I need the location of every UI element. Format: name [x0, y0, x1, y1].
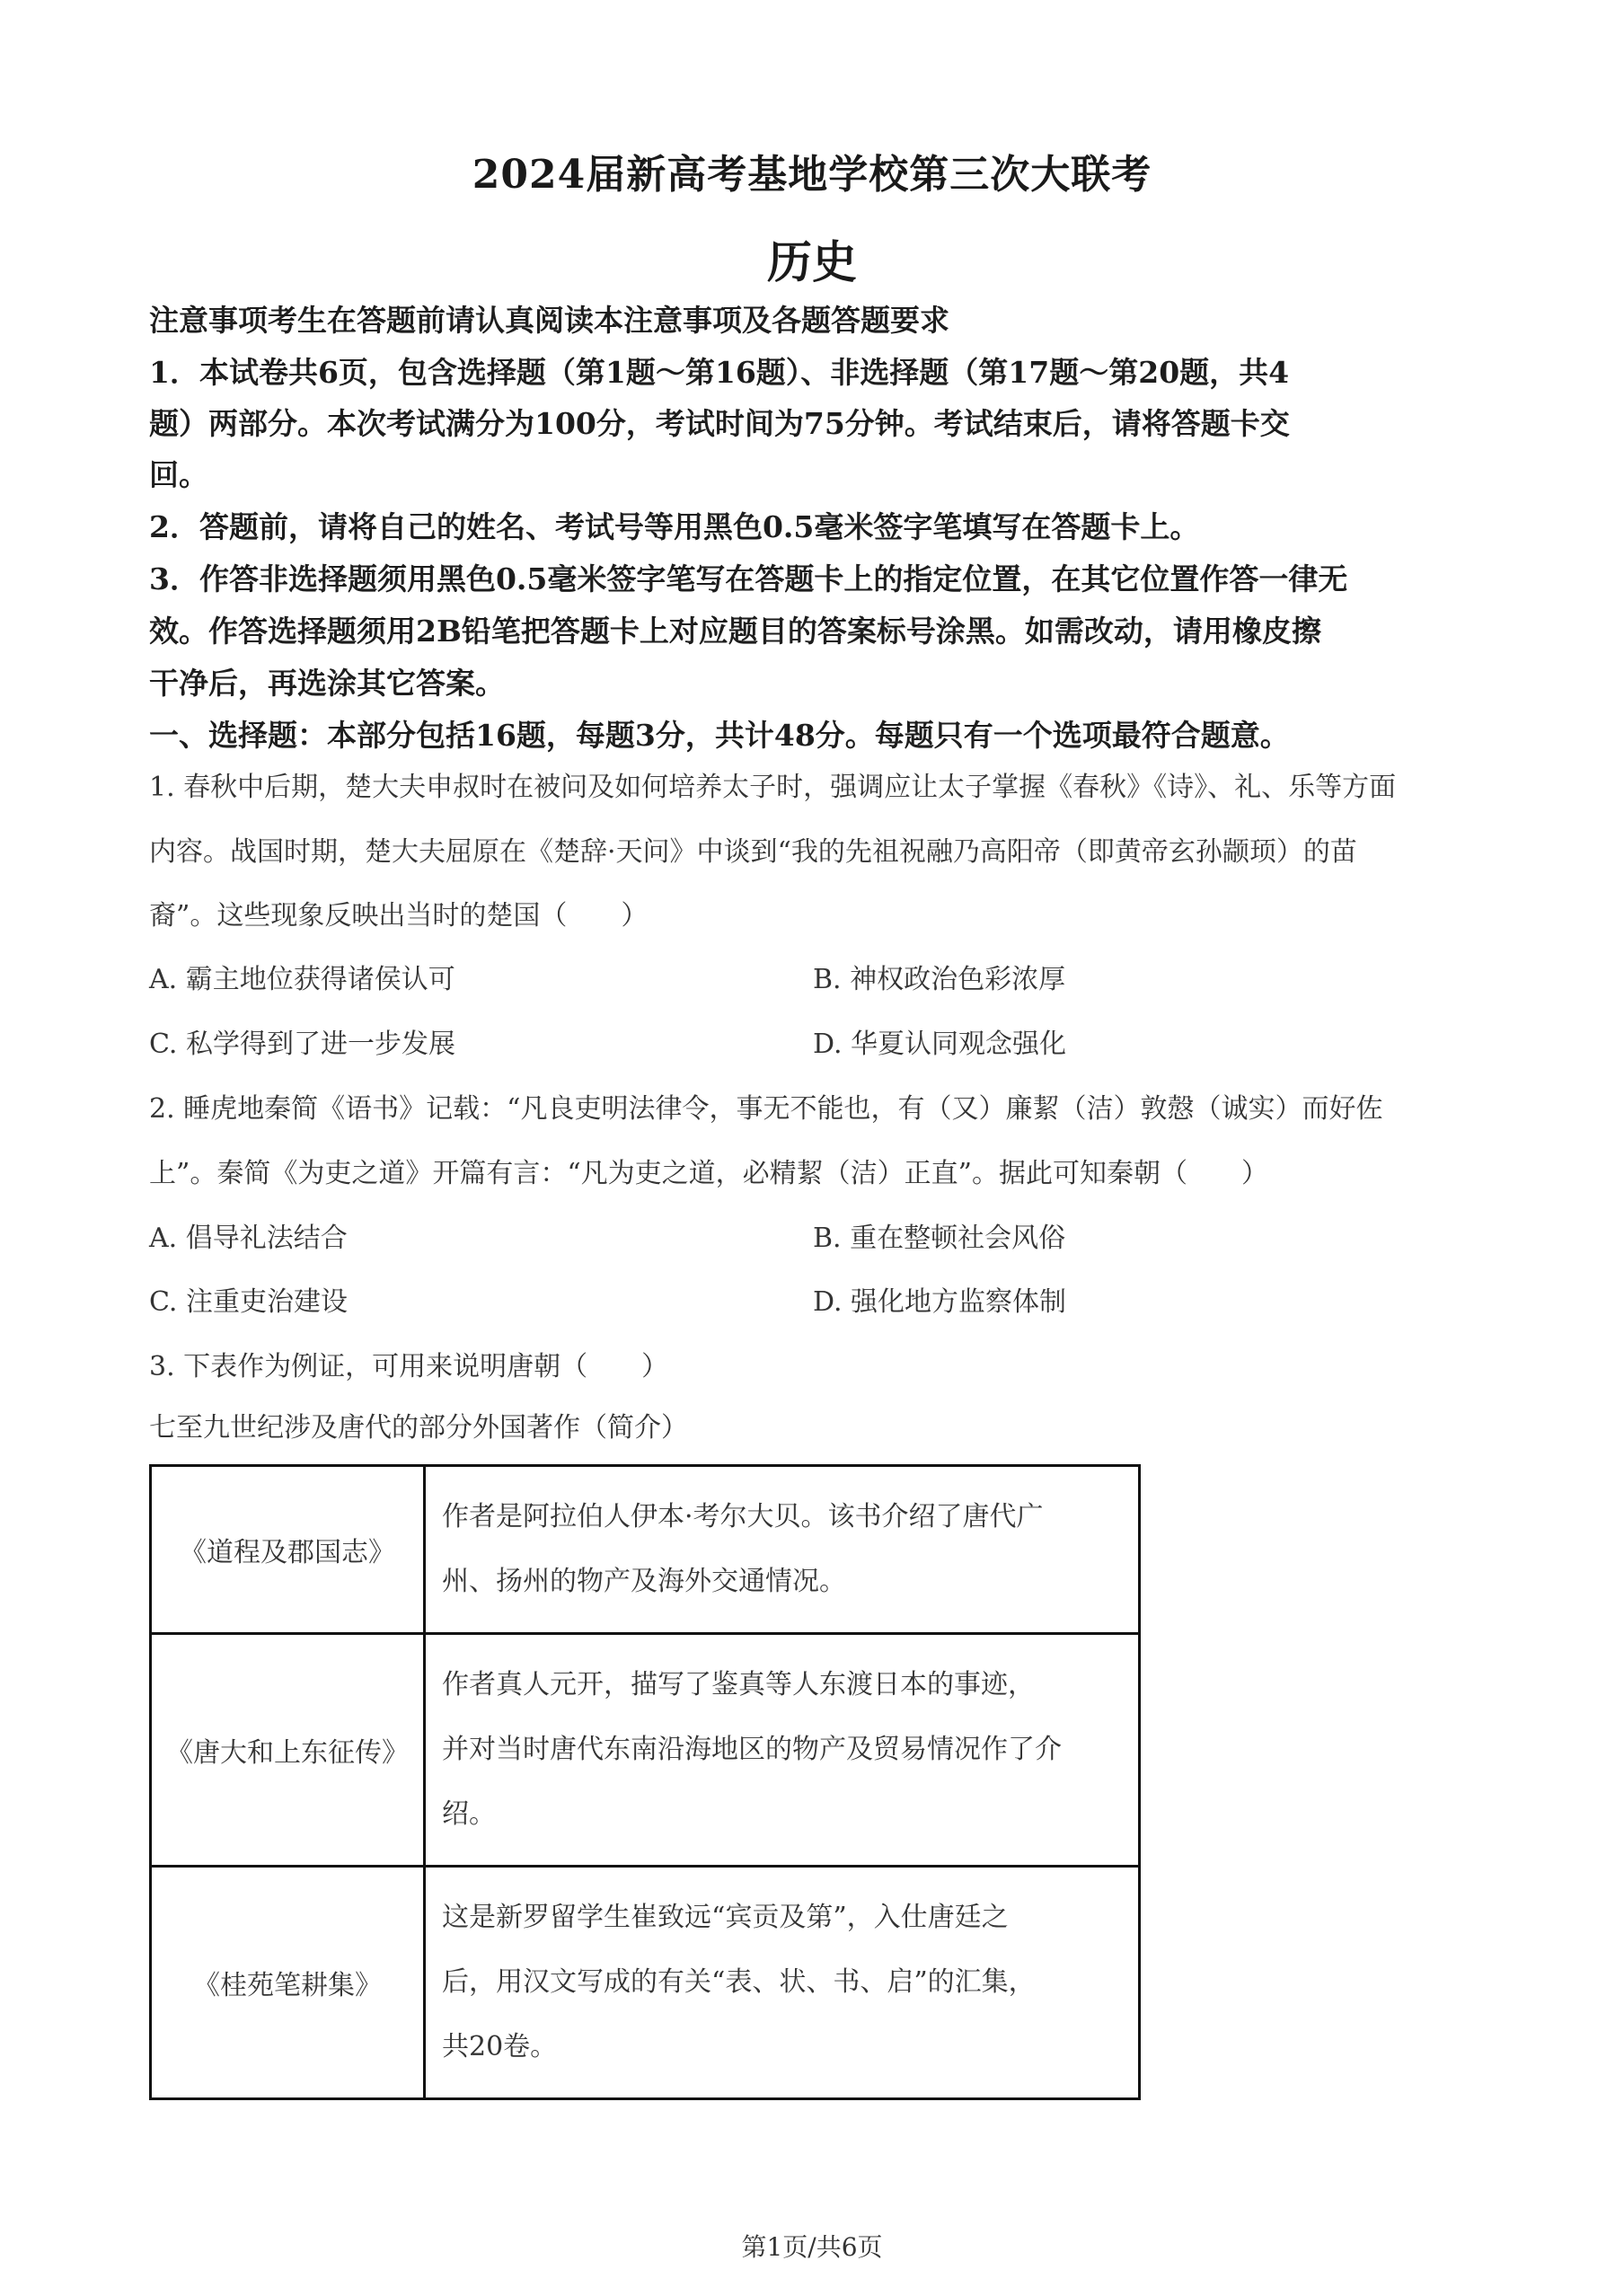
- description-line: 州、扬州的物产及海外交通情况。: [442, 1550, 1122, 1614]
- work-name: 《唐大和上东征传》: [151, 1634, 425, 1867]
- description-line: 作者是阿拉伯人伊本·考尔大贝。该书介绍了唐代广: [442, 1485, 1122, 1550]
- notice-line: 题）两部分。本次考试满分为100分，考试时间为75分钟。考试结束后，请将答题卡交: [149, 409, 1290, 438]
- question-1-stem: 1. 春秋中后期，楚大夫申叔时在被问及如何培养太子时，强调应让太子掌握《春秋》《…: [149, 774, 1396, 801]
- question-2-option-d: D. 强化地方监察体制: [813, 1289, 1066, 1316]
- description-line: 这是新罗留学生崔致远“宾贡及第”，入仕唐廷之: [442, 1885, 1122, 1950]
- work-name: 《桂苑笔耕集》: [151, 1867, 425, 2099]
- notice-line: 3．作答非选择题须用黑色0.5毫米签字笔写在答题卡上的指定位置，在其它位置作答一…: [149, 564, 1347, 594]
- table-row: 《唐大和上东征传》 作者真人元开，描写了鉴真等人东渡日本的事迹， 并对当时唐代东…: [151, 1634, 1140, 1867]
- question-1-option-d: D. 华夏认同观念强化: [813, 1031, 1066, 1058]
- question-2-option-a: A. 倡导礼法结合: [149, 1225, 348, 1252]
- notice-line: 效。作答选择题须用2B铅笔把答题卡上对应题目的答案标号涂黑。如需改动，请用橡皮擦: [149, 616, 1321, 646]
- question-1-stem: 裔”。这些现象反映出当时的楚国（ ）: [149, 903, 648, 930]
- exam-page: 2024届新高考基地学校第三次大联考 历史 注意事项考生在答题前请认真阅读本注意…: [0, 0, 1624, 2296]
- question-3-stem: 3. 下表作为例证，可用来说明唐朝（ ）: [149, 1354, 668, 1381]
- description-line: 并对当时唐代东南沿海地区的物产及贸易情况作了介: [442, 1718, 1122, 1782]
- description-line: 绍。: [442, 1782, 1122, 1847]
- description-line: 后，用汉文写成的有关“表、状、书、启”的汇集，: [442, 1950, 1122, 2015]
- question-1-option-a: A. 霸主地位获得诸侯认可: [149, 967, 455, 993]
- table-row: 《道程及郡国志》 作者是阿拉伯人伊本·考尔大贝。该书介绍了唐代广 州、扬州的物产…: [151, 1466, 1140, 1634]
- description-line: 作者真人元开，描写了鉴真等人东渡日本的事迹，: [442, 1653, 1122, 1718]
- question-2-option-b: B. 重在整顿社会风俗: [813, 1225, 1065, 1252]
- notice-heading: 注意事项考生在答题前请认真阅读本注意事项及各题答题要求: [149, 305, 949, 335]
- section-heading: 一、选择题：本部分包括16题，每题3分，共计48分。每题只有一个选项最符合题意。: [149, 720, 1290, 750]
- question-1-stem: 内容。战国时期，楚大夫屈原在《楚辞·天问》中谈到“我的先祖祝融乃高阳帝（即黄帝玄…: [149, 839, 1357, 866]
- question-2-stem: 2. 睡虎地秦简《语书》记载：“凡良吏明法律令，事无不能也，有（又）廉絜（洁）敦…: [149, 1096, 1383, 1123]
- subject-title: 历史: [0, 226, 1624, 291]
- work-name: 《道程及郡国志》: [151, 1466, 425, 1634]
- table-caption: 七至九世纪涉及唐代的部分外国著作（简介）: [149, 1415, 688, 1442]
- foreign-works-table: 《道程及郡国志》 作者是阿拉伯人伊本·考尔大贝。该书介绍了唐代广 州、扬州的物产…: [149, 1464, 1141, 2100]
- question-2-option-c: C. 注重吏治建设: [149, 1289, 348, 1316]
- work-description: 作者是阿拉伯人伊本·考尔大贝。该书介绍了唐代广 州、扬州的物产及海外交通情况。: [425, 1466, 1140, 1634]
- table-row: 《桂苑笔耕集》 这是新罗留学生崔致远“宾贡及第”，入仕唐廷之 后，用汉文写成的有…: [151, 1867, 1140, 2099]
- page-number: 第1页/共6页: [0, 2228, 1624, 2264]
- question-2-stem: 上”。秦简《为吏之道》开篇有言：“凡为吏之道，必精絜（洁）正直”。据此可知秦朝（…: [149, 1161, 1268, 1188]
- work-description: 这是新罗留学生崔致远“宾贡及第”，入仕唐廷之 后，用汉文写成的有关“表、状、书、…: [425, 1867, 1140, 2099]
- notice-line: 回。: [149, 460, 208, 490]
- notice-line: 干净后，再选涂其它答案。: [149, 668, 505, 698]
- work-description: 作者真人元开，描写了鉴真等人东渡日本的事迹， 并对当时唐代东南沿海地区的物产及贸…: [425, 1634, 1140, 1867]
- description-line: 共20卷。: [442, 2015, 1122, 2080]
- exam-title: 2024届新高考基地学校第三次大联考: [0, 142, 1624, 199]
- notice-line: 1．本试卷共6页，包含选择题（第1题～第16题）、非选择题（第17题～第20题，…: [149, 358, 1289, 387]
- notice-line: 2．答题前，请将自己的姓名、考试号等用黑色0.5毫米签字笔填写在答题卡上。: [149, 512, 1199, 542]
- question-1-option-b: B. 神权政治色彩浓厚: [813, 967, 1065, 993]
- question-1-option-c: C. 私学得到了进一步发展: [149, 1031, 455, 1058]
